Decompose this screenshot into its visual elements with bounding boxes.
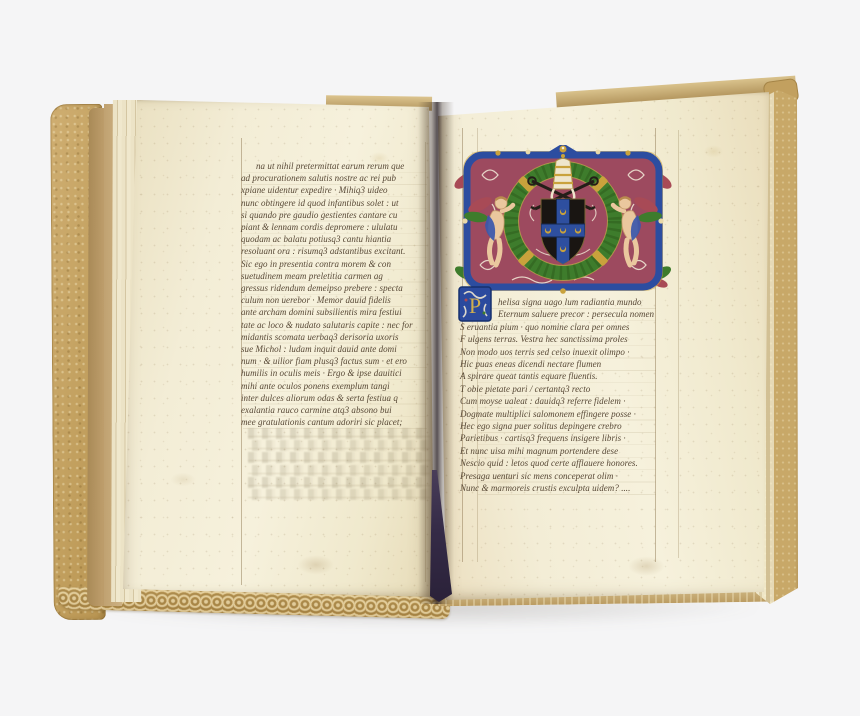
manuscript-text-line: Non modo uos terris sed celso inuexit ol…: [460, 346, 658, 358]
manuscript-text-line: Presaga uenturi sic mens conceperat olim…: [460, 470, 658, 482]
foliate-border-icon: [452, 162, 674, 290]
manuscript-text-line: Hec ego signa puer solitus depingere cre…: [460, 420, 658, 432]
parchment-speckles: [120, 98, 436, 600]
page-block-top-edge: [326, 95, 432, 110]
manuscript-text-line: exalantia rauco carmine atq3 absono bui: [241, 404, 431, 416]
manuscript-text-line: Nescio quid : letos quod certe afflauere…: [460, 457, 658, 469]
manuscript-text-line: inter dulces aliorum odas & serta festiu…: [241, 392, 431, 404]
parchment-speckles: [438, 90, 774, 602]
laurel-wreath-icon: [504, 162, 623, 281]
manuscript-text-line: suetudinem meam preletitia carmen ag: [241, 270, 431, 282]
manuscript-text-line: mihi ante oculos ponens exemplum tangi: [241, 380, 431, 392]
page-stack-edges-left: [111, 100, 143, 602]
ruling-line-vertical: [678, 130, 679, 558]
white-scrollwork: [530, 205, 596, 255]
crossed-keys-icon: [528, 177, 598, 209]
gold-crescents: [545, 209, 581, 253]
right-page-verse: helisa signa uago lum radiantia mundoEte…: [460, 296, 658, 495]
ruling-line-vertical: [241, 138, 242, 585]
manuscript-text-line: F ulgens terras. Vestra hec sanctissima …: [460, 333, 658, 345]
gold-buds: [462, 146, 663, 294]
manuscript-text-line: num · & uilior fiam plusq3 factus sum · …: [241, 355, 431, 367]
manuscript-text-line: S eruantia pium · quo nomine clara per o…: [460, 321, 658, 333]
manuscript-text-line: Et nunc uisa mihi magnum portendere dese: [460, 445, 658, 457]
manuscript-text-line: midantis scomata uerbaq3 derisoria uxori…: [241, 331, 431, 343]
manuscript-text-line: ante archam domini subsilientis mira fes…: [241, 306, 431, 318]
manuscript-text-line: mee gratulationis cantum adoriri sic pla…: [241, 416, 431, 428]
white-scrollwork: [480, 170, 646, 283]
manuscript-text-line: helisa signa uago lum radiantia mundo: [498, 296, 658, 308]
left-page: na ut nihil pretermittat earum rerum que…: [120, 98, 436, 600]
gold-outline: [464, 152, 663, 291]
manuscript-text-line: Cum moyse ualeat : dauidq3 referre fidel…: [460, 395, 658, 407]
manuscript-text-line: T obie pietate pari / certantq3 recto: [460, 383, 658, 395]
putto-right-icon: [613, 194, 663, 265]
manuscript-text-line: tate ac loco & nudato salutaris capite :…: [241, 319, 431, 331]
show-through-text: [248, 428, 430, 501]
manuscript-text-line: gressus ridendum demeipso prebere : spec…: [241, 282, 431, 294]
manuscript-text-line: Eternum saluere precor : persecula nomen: [498, 308, 658, 320]
ruling-line-vertical: [477, 128, 478, 562]
right-page: P helisa signa uago lum radiantia mundoE…: [438, 90, 774, 602]
illuminated-headpiece: [452, 145, 674, 297]
manuscript-text-line: na ut nihil pretermittat earum rerum que: [256, 160, 431, 172]
shield-icon: [541, 199, 585, 265]
ruling-line-vertical: [462, 128, 463, 562]
manuscript-text-line: sue Michol : ludam inquit dauid ante dom…: [241, 343, 431, 355]
initial-letter: P: [469, 293, 481, 318]
manuscript-text-line: Hic puas eneas dicendi nectare flumen: [460, 358, 658, 370]
manuscript-text-line: quodam ac balatu potiusq3 cantu hiantia: [241, 233, 431, 245]
manuscript-text-line: Parietibus · cartisq3 frequens insigere …: [460, 432, 658, 444]
white-vine-scrolls: [463, 292, 487, 317]
ruling-line-vertical: [655, 128, 656, 562]
fore-edge-pages: [750, 88, 800, 608]
manuscript-text-line: Sic ego in presentia contra morem & con: [241, 258, 431, 270]
parchment-stains: [120, 98, 436, 600]
manuscript-text-line: Nunc & marmoreis crustis exculpta uidem?…: [460, 482, 658, 494]
manuscript-text-line: ad procurationem salutis nostre ac rei p…: [241, 172, 431, 184]
manuscript-text-line: piant & lennam cordis depromere : ululat…: [241, 221, 431, 233]
papal-tiara-icon: [552, 154, 575, 199]
manuscript-text-line: humilis in oculis meis · Ergo & ipse dau…: [241, 367, 431, 379]
frame: [467, 155, 659, 287]
illuminated-initial: P: [458, 286, 492, 324]
parchment-stains: [438, 90, 774, 602]
manuscript-text-line: Dogmate multiplici salomonem effingere p…: [460, 408, 658, 420]
manuscript-text-line: culum non uerebor · Memor dauid fidelis: [241, 294, 431, 306]
manuscript-text-line: nunc obtingere id quod infantibus solet …: [241, 197, 431, 209]
manuscript-text-line: resoluant ora : risumq3 adstantibus exci…: [241, 245, 431, 257]
left-page-text: na ut nihil pretermittat earum rerum que…: [241, 160, 431, 428]
ruling-lines-horizontal: [243, 161, 427, 431]
manuscript-text-line: A spirare queat tantis equare fluentis.: [460, 370, 658, 382]
ruling-lines-horizontal: [478, 297, 656, 497]
frame-gable: [545, 146, 581, 157]
manuscript-photo: na ut nihil pretermittat earum rerum que…: [0, 0, 860, 716]
manuscript-text-line: si quando pre gaudio gestientes cantare …: [241, 209, 431, 221]
putto-left-icon: [463, 194, 513, 265]
manuscript-text-line: xpiane uidentur expedire · Mihiq3 uideo: [241, 184, 431, 196]
